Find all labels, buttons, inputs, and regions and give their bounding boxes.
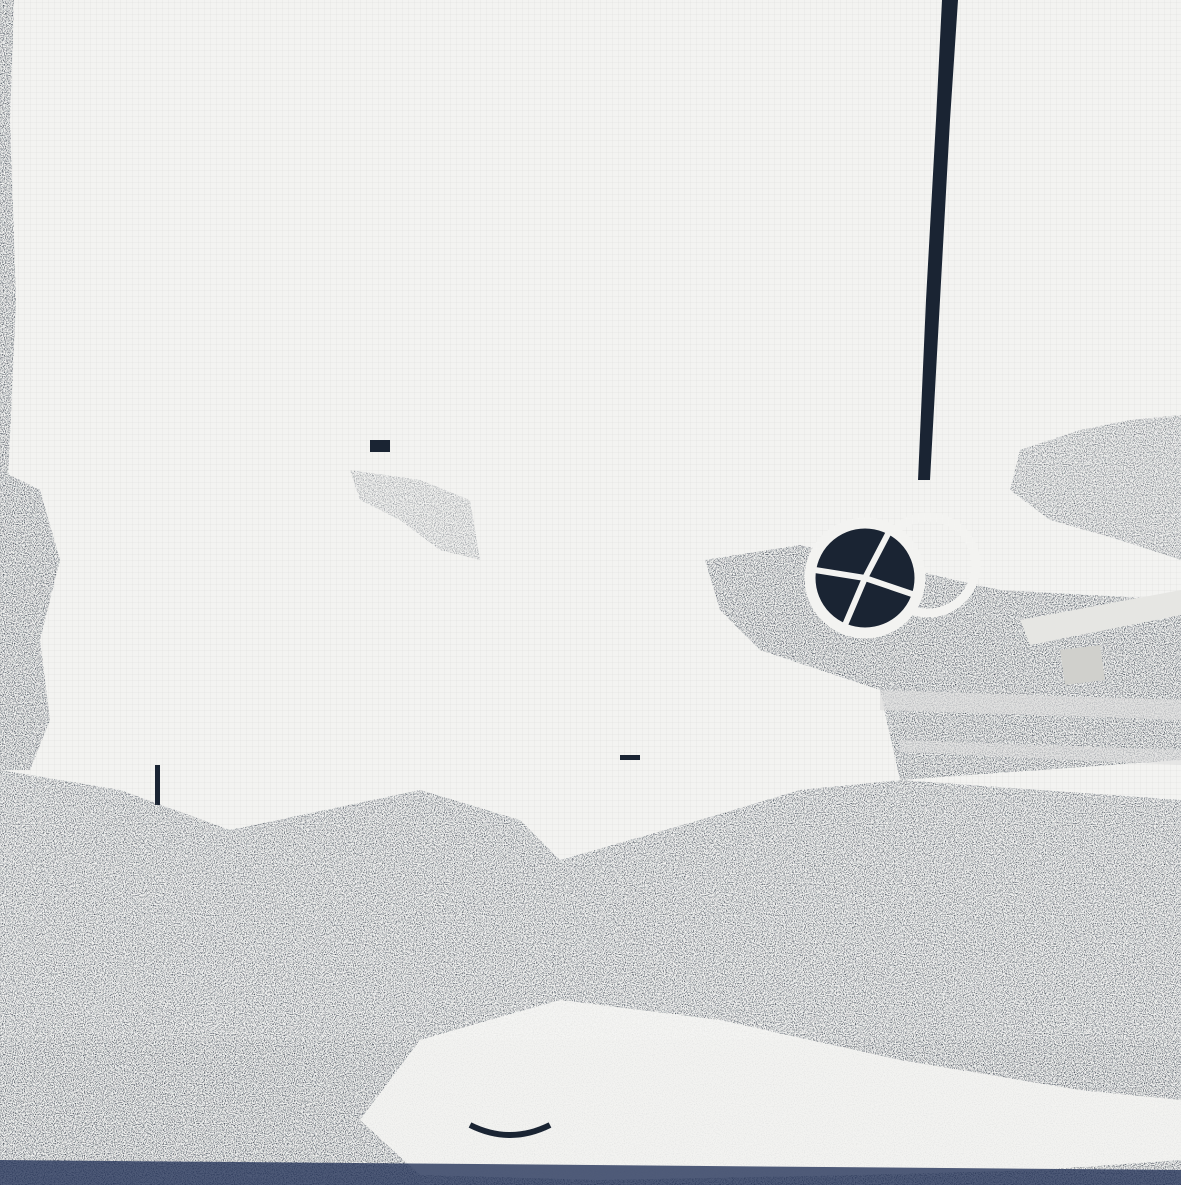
photograph [0, 0, 1181, 1185]
photo-scene [0, 0, 1181, 1185]
vertical-pole [918, 0, 958, 480]
left-border [0, 0, 60, 770]
stone-block-marks [155, 440, 640, 805]
distant-hillside [1010, 415, 1181, 560]
flywheel-machine [705, 517, 1181, 780]
